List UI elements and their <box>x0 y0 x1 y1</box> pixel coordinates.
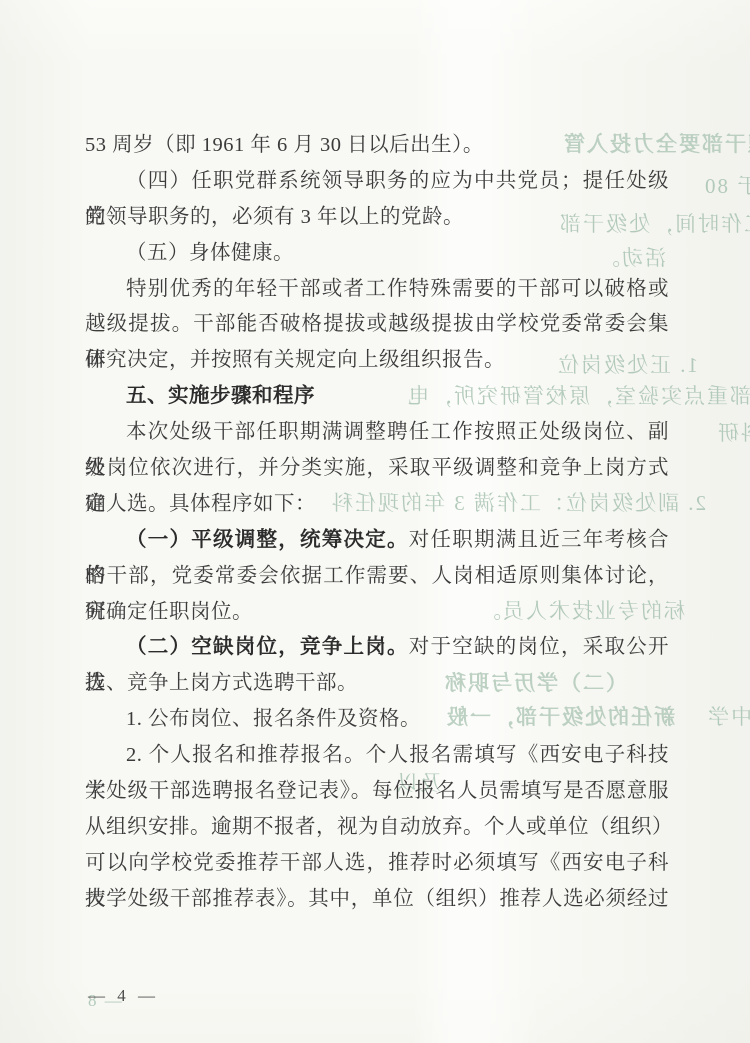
text-line: 可以向学校党委推荐干部人选，推荐时必须填写《西安电子科技 <box>85 846 669 882</box>
ghost-text-line: 于 80 <box>703 172 750 200</box>
text-line: （四）任职党群系统领导职务的应为中共党员；提任处级党 <box>85 164 669 200</box>
text-segment: 五、实施步骤和程序 <box>126 385 315 407</box>
text-line: （五）身体健康。 <box>85 236 669 272</box>
text-line: 学处级干部选聘报名登记表》。每位报名人员需填写是否愿意服 <box>85 774 669 810</box>
ghost-text-line: 科研 <box>716 419 750 447</box>
text-segment: 特别优秀的年轻干部或者工作特殊需要的干部可以破格或 <box>126 278 669 300</box>
text-segment: 定人选。具体程序如下： <box>85 493 316 515</box>
text-segment: 从组织安排。逾期不报者，视为自动放弃。个人或单位（组织） <box>85 816 673 838</box>
text-line: 的领导职务的，必须有 3 年以上的党龄。 <box>85 200 669 236</box>
text-segment: （五）身体健康。 <box>126 242 294 264</box>
document-body: 53 周岁（即 1961 年 6 月 30 日以后出生）。（四）任职党群系统领导… <box>85 128 669 918</box>
text-segment: 1. 公布岗位、报名条件及资格。 <box>126 708 421 730</box>
text-line: 的干部，党委常委会依据工作需要、人岗相适原则集体讨论，研 <box>85 559 669 595</box>
text-line: 本次处级干部任职期满调整聘任工作按照正处级岗位、副处 <box>85 415 669 451</box>
text-segment: （一）平级调整，统筹决定。 <box>126 529 409 551</box>
text-segment: 究确定任职岗位。 <box>85 601 253 623</box>
text-line: 从组织安排。逾期不报者，视为自动放弃。个人或单位（组织） <box>85 810 669 846</box>
text-line: 定人选。具体程序如下： <box>85 487 669 523</box>
text-line: 拔、竞争上岗方式选聘干部。 <box>85 666 669 702</box>
text-segment: 的领导职务的，必须有 3 年以上的党龄。 <box>85 206 464 228</box>
text-line: 2. 个人报名和推荐报名。个人报名需填写《西安电子科技大 <box>85 738 669 774</box>
text-segment: 大学处级干部推荐表》。其中，单位（组织）推荐人选必须经过 <box>85 888 669 910</box>
text-segment: 53 周岁（即 1961 年 6 月 30 日以后出生）。 <box>85 134 484 156</box>
text-line: 研究决定，并按照有关规定向上级组织报告。 <box>85 343 669 379</box>
text-segment: 学处级干部选聘报名登记表》。每位报名人员需填写是否愿意服 <box>85 780 669 802</box>
text-line: 级岗位依次进行，并分类实施，采取平级调整和竞争上岗方式确 <box>85 451 669 487</box>
text-line: 53 周岁（即 1961 年 6 月 30 日以后出生）。 <box>85 128 669 164</box>
ghost-text-line: 中学 <box>706 703 750 731</box>
text-line: 越级提拔。干部能否破格提拔或越级提拔由学校党委常委会集体 <box>85 307 669 343</box>
text-segment: 研究决定，并按照有关规定向上级组织报告。 <box>85 349 505 371</box>
text-line: （一）平级调整，统筹决定。对任职期满且近三年考核合格 <box>85 523 669 559</box>
text-segment: 拔、竞争上岗方式选聘干部。 <box>85 672 358 694</box>
text-line: 五、实施步骤和程序 <box>85 379 669 415</box>
text-line: 大学处级干部推荐表》。其中，单位（组织）推荐人选必须经过 <box>85 882 669 918</box>
page-number: — 4 — <box>88 986 159 1006</box>
text-line: 究确定任职岗位。 <box>85 595 669 631</box>
text-line: 1. 公布岗位、报名条件及资格。 <box>85 702 669 738</box>
text-line: （二）空缺岗位，竞争上岗。对于空缺的岗位，采取公开选 <box>85 630 669 666</box>
scanned-document-page: { "document": { "lines": [ { "indent": f… <box>0 0 750 1043</box>
text-segment: （二）空缺岗位，竞争上岗。 <box>126 636 409 658</box>
text-line: 特别优秀的年轻干部或者工作特殊需要的干部可以破格或 <box>85 272 669 308</box>
